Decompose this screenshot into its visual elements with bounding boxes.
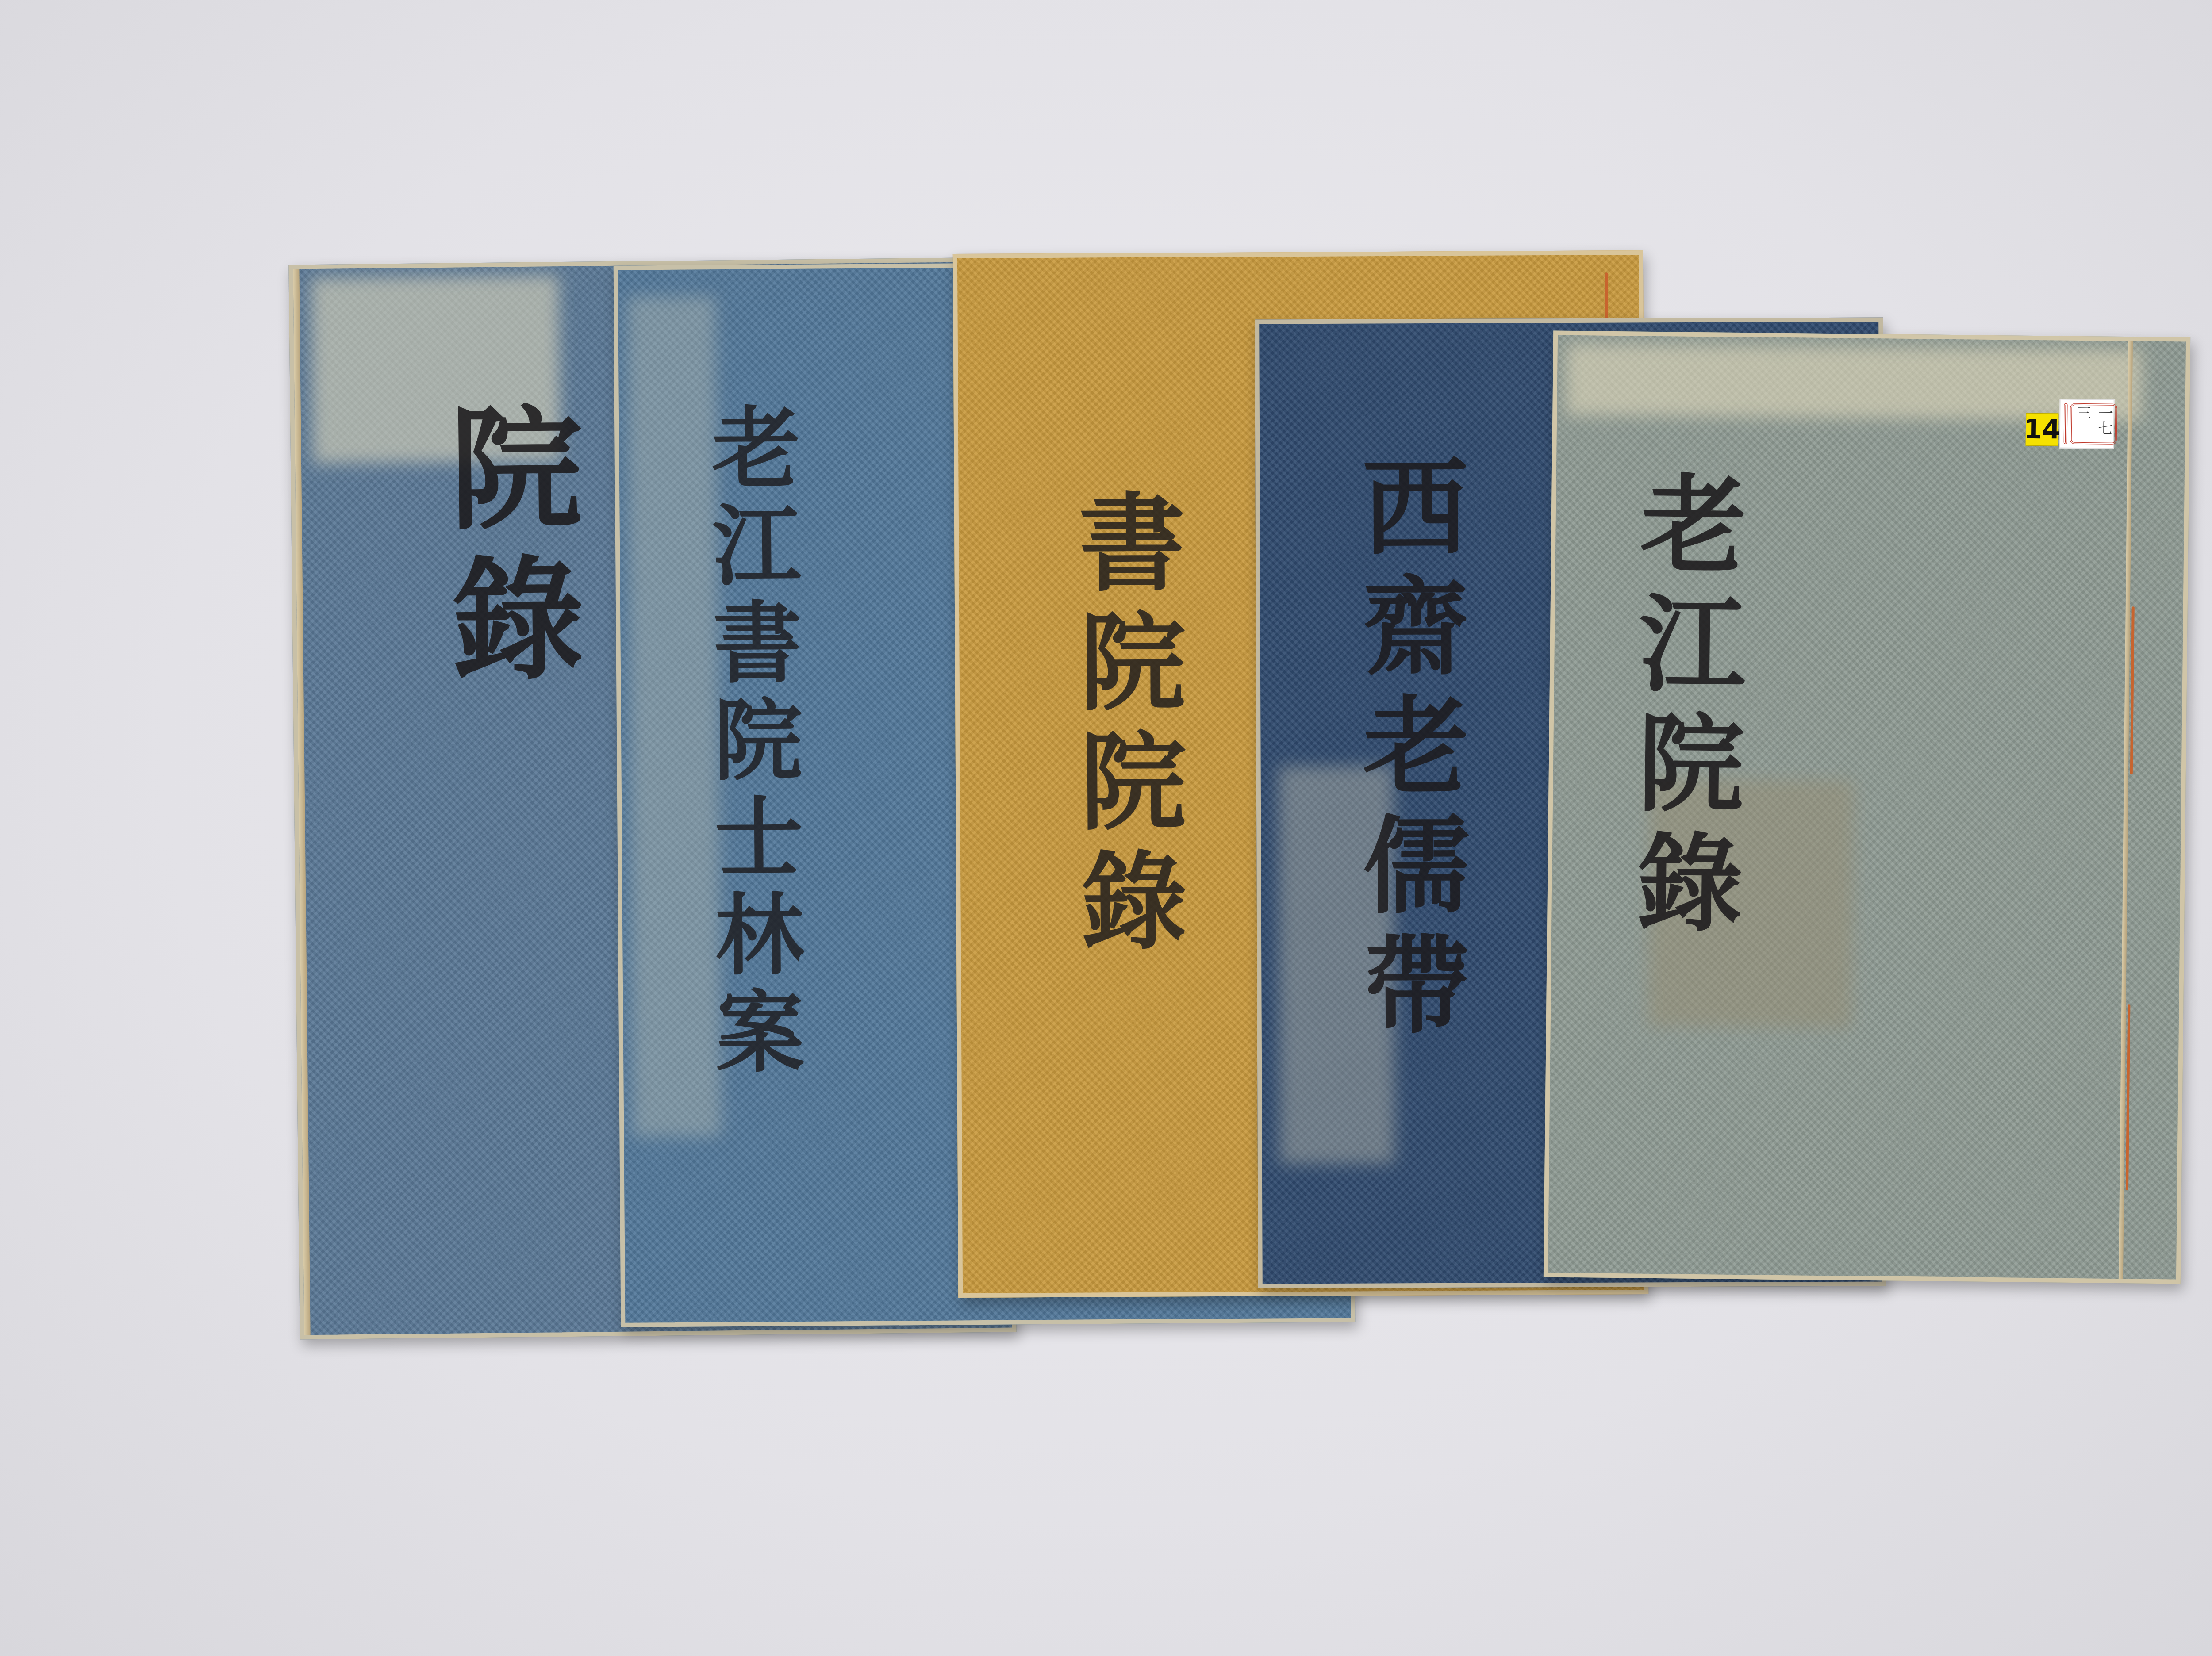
cover-wear — [1566, 344, 2142, 421]
book-title: 老江院錄 — [1605, 468, 1762, 948]
book-title: 院錄 — [410, 399, 603, 701]
book-binding — [293, 269, 310, 1335]
binding-thread — [2130, 606, 2135, 774]
book-5: 老江院錄 14 一七三 — [1544, 331, 2190, 1284]
card-pane-left — [2064, 403, 2068, 444]
card-pane-right: 一七三 — [2070, 403, 2117, 445]
catalog-card-label: 一七三 — [2059, 399, 2115, 449]
book-title: 老江書院士林案 — [685, 402, 817, 1084]
book-binding — [2119, 341, 2133, 1279]
book-title: 西齋老儒帶 — [1330, 452, 1485, 1049]
book-title: 書院院錄 — [1047, 487, 1202, 966]
binding-thread — [2126, 1004, 2130, 1190]
catalog-number-label: 14 — [2026, 413, 2059, 446]
